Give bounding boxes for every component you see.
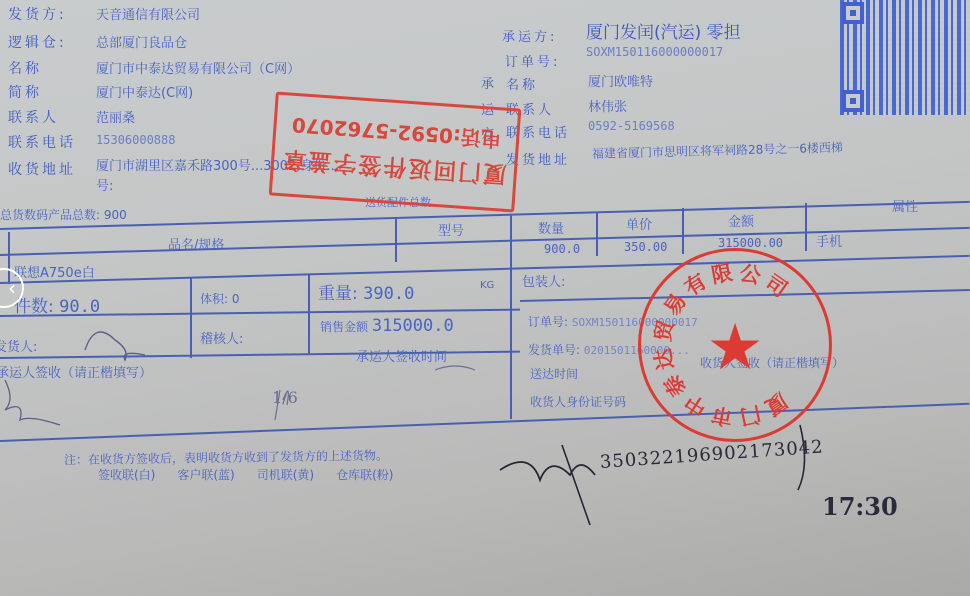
handwritten-mark: 1/6 [272, 388, 298, 407]
chevron-left-icon: ‹ [8, 276, 16, 300]
handwritten-time: 17:30 [822, 492, 898, 521]
